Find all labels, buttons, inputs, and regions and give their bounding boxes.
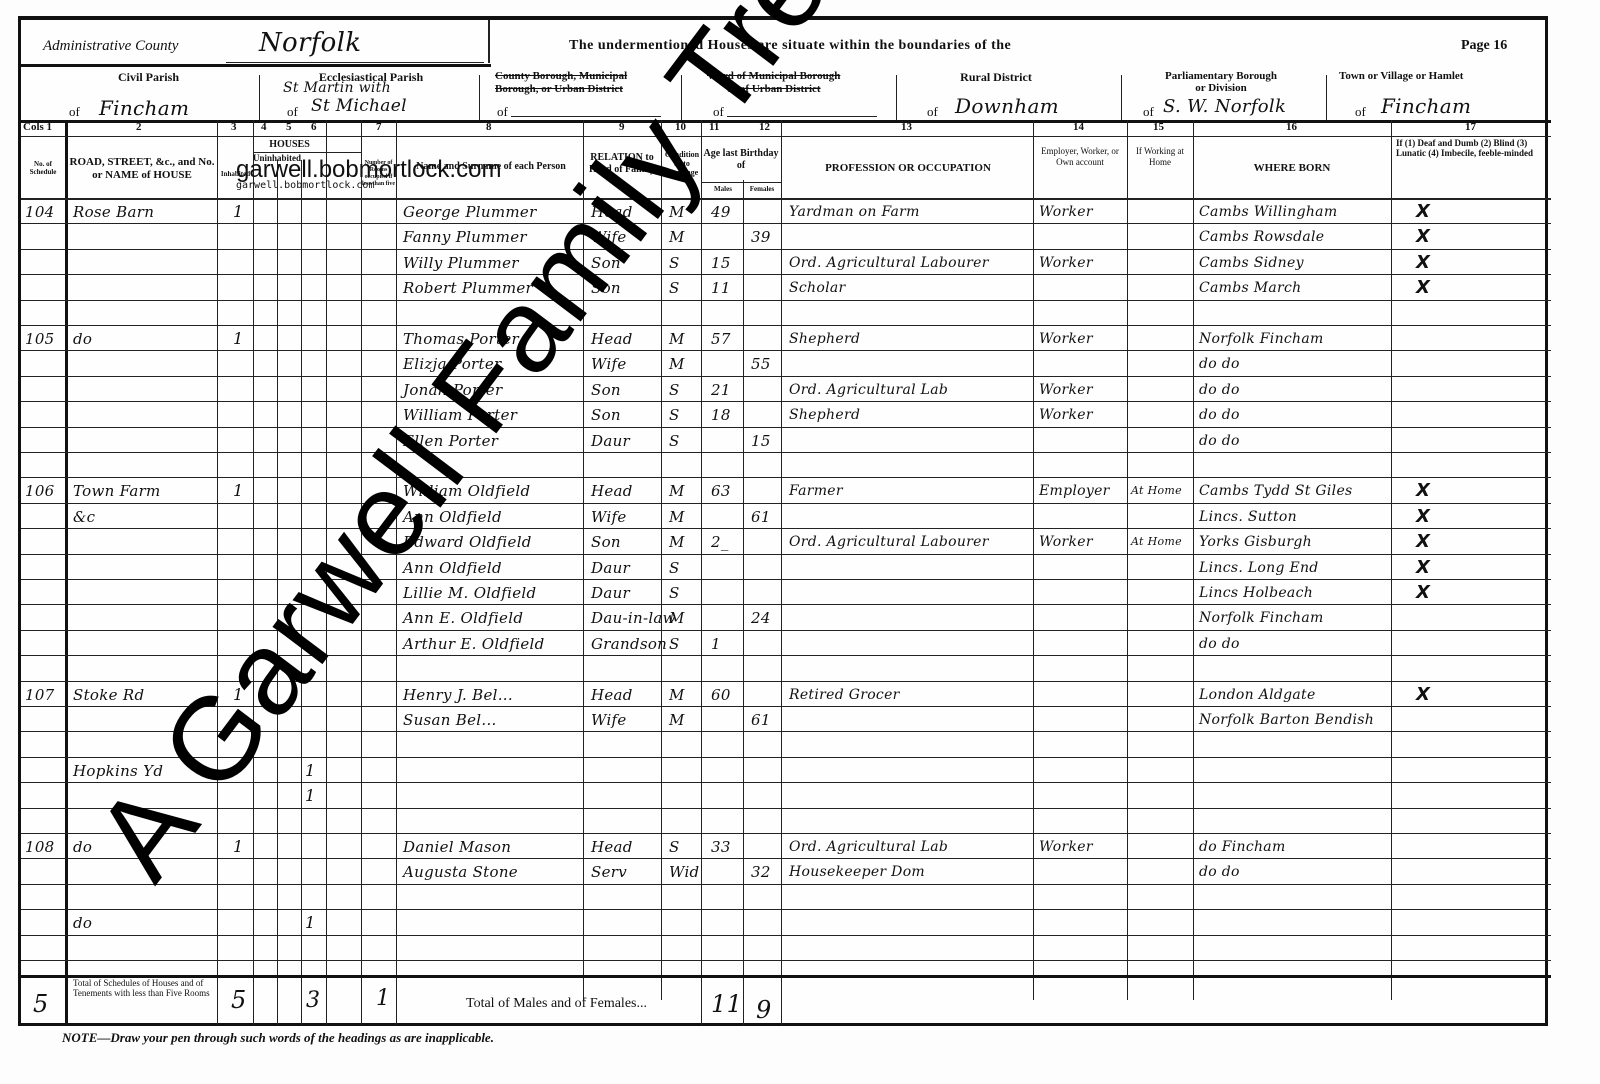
parl-value: S. W. Norfolk bbox=[1163, 96, 1286, 117]
row-divider bbox=[21, 376, 1551, 377]
cell-cond: M bbox=[669, 353, 685, 375]
cell-male: 63 bbox=[711, 480, 731, 502]
row-divider bbox=[21, 579, 1551, 580]
cell-uninhab: 1 bbox=[305, 760, 315, 782]
total-rooms: 1 bbox=[376, 986, 390, 1011]
col-divider bbox=[781, 120, 782, 1025]
cell-cond: M bbox=[669, 684, 685, 706]
cell-inf: X bbox=[1416, 557, 1430, 579]
cell-road: Stoke Rd bbox=[73, 684, 144, 706]
col-num: 16 bbox=[1286, 121, 1297, 133]
cell-name: George Plummer bbox=[403, 201, 537, 223]
cell-inf: X bbox=[1416, 226, 1430, 248]
row-divider bbox=[21, 503, 1551, 504]
row-divider bbox=[21, 452, 1551, 453]
cell-cond: S bbox=[669, 582, 680, 604]
col-divider bbox=[217, 120, 218, 1025]
cell-born: Cambs Willingham bbox=[1199, 201, 1337, 223]
cell-occ: Retired Grocer bbox=[789, 684, 900, 706]
cell-born: do do bbox=[1199, 404, 1240, 426]
row-divider bbox=[21, 477, 1551, 478]
row-divider bbox=[21, 274, 1551, 275]
cell-female: 61 bbox=[751, 709, 771, 731]
col-employer-header: Employer, Worker, or Own account bbox=[1035, 146, 1125, 168]
row-divider bbox=[21, 935, 1551, 936]
col-females-header: Females bbox=[743, 184, 781, 194]
cell-name: Arthur E. Oldfield bbox=[403, 633, 545, 655]
divider bbox=[21, 136, 1551, 137]
cell-emp: Worker bbox=[1039, 379, 1093, 401]
cell-name: Augusta Stone bbox=[403, 861, 518, 883]
civil-parish-label: Civil Parish bbox=[61, 70, 236, 85]
cell-male: 60 bbox=[711, 684, 731, 706]
cell-cond: S bbox=[669, 557, 680, 579]
col-num: 3 bbox=[231, 121, 237, 133]
col-divider bbox=[1193, 120, 1194, 1000]
cell-born: do do bbox=[1199, 633, 1240, 655]
cell-road: do bbox=[73, 836, 92, 858]
divider bbox=[488, 20, 490, 63]
cell-road: do bbox=[73, 328, 92, 350]
cell-relation: Wife bbox=[591, 353, 627, 375]
col-divider bbox=[1033, 120, 1034, 1000]
cell-cond: S bbox=[669, 379, 680, 401]
col-num: 17 bbox=[1465, 121, 1476, 133]
total-inhabited: 5 bbox=[231, 986, 247, 1014]
cell-born: Cambs March bbox=[1199, 277, 1301, 299]
cell-occ: Ord. Agricultural Labourer bbox=[789, 252, 989, 274]
cell-male: 21 bbox=[711, 379, 731, 401]
cell-born: Lincs. Long End bbox=[1199, 557, 1319, 579]
cell-road: &c bbox=[73, 506, 95, 528]
divider bbox=[21, 120, 1551, 123]
divider bbox=[896, 75, 897, 120]
row-divider bbox=[21, 808, 1551, 809]
cell-occ: Housekeeper Dom bbox=[789, 861, 925, 883]
total-females: 9 bbox=[756, 996, 772, 1024]
col-num: 8 bbox=[486, 121, 492, 133]
cell-cond: S bbox=[669, 633, 680, 655]
of-label: of bbox=[1143, 104, 1154, 120]
cell-emp: Worker bbox=[1039, 252, 1093, 274]
cell-emp: Worker bbox=[1039, 836, 1093, 858]
county-borough-label-2: Borough, or Urban District bbox=[495, 83, 623, 95]
cell-emp: Worker bbox=[1039, 328, 1093, 350]
cell-cond: M bbox=[669, 328, 685, 350]
row-divider bbox=[21, 350, 1551, 351]
col-divider bbox=[65, 120, 68, 1025]
cell-relation: Grandson bbox=[591, 633, 667, 655]
cell-inhab: 1 bbox=[233, 201, 243, 223]
cell-name: Susan Bel... bbox=[403, 709, 497, 731]
divider bbox=[479, 75, 480, 120]
cell-relation: Daur bbox=[591, 557, 630, 579]
cell-home: At Home bbox=[1131, 480, 1182, 502]
county-borough-label-1: County Borough, Municipal bbox=[495, 70, 627, 82]
cell-cond: M bbox=[669, 506, 685, 528]
cell-sched: 104 bbox=[25, 201, 55, 223]
of-label: of bbox=[927, 104, 938, 120]
row-divider bbox=[21, 300, 1551, 301]
cell-sched: 106 bbox=[25, 480, 55, 502]
eccl-parish-value-1: St Martin with bbox=[283, 80, 391, 96]
cell-name: Henry J. Bel... bbox=[403, 684, 513, 706]
cell-inf: X bbox=[1416, 582, 1430, 604]
cell-cond: S bbox=[669, 277, 680, 299]
cell-relation: Son bbox=[591, 379, 621, 401]
row-divider bbox=[21, 884, 1551, 885]
cell-inhab: 1 bbox=[233, 480, 243, 502]
divider bbox=[226, 62, 484, 63]
cell-male: 2_ bbox=[711, 531, 729, 553]
cell-male: 15 bbox=[711, 252, 731, 274]
cell-female: 39 bbox=[751, 226, 771, 248]
page-number: Page 16 bbox=[1461, 38, 1507, 54]
col-num: 6 bbox=[311, 121, 317, 133]
row-divider bbox=[21, 909, 1551, 910]
row-divider bbox=[21, 554, 1551, 555]
eccl-parish-value-2: St Michael bbox=[311, 96, 407, 116]
cell-occ: Ord. Agricultural Lab bbox=[789, 379, 948, 401]
cell-male: 49 bbox=[711, 201, 731, 223]
cell-relation: Daur bbox=[591, 430, 630, 452]
cell-inf: X bbox=[1416, 252, 1430, 274]
col-num: 4 bbox=[261, 121, 267, 133]
divider bbox=[1121, 75, 1122, 120]
row-divider bbox=[21, 249, 1551, 250]
cell-emp: Worker bbox=[1039, 531, 1093, 553]
cell-occ: Ord. Agricultural Lab bbox=[789, 836, 948, 858]
cell-born: Yorks Gisburgh bbox=[1199, 531, 1312, 553]
cell-inf: X bbox=[1416, 684, 1430, 706]
cell-inf: X bbox=[1416, 531, 1430, 553]
col-num: 7 bbox=[376, 121, 382, 133]
row-divider bbox=[21, 427, 1551, 428]
col-num: 13 bbox=[901, 121, 912, 133]
parl-label-1: Parliamentary Borough bbox=[1146, 70, 1296, 82]
cell-occ: Shepherd bbox=[789, 328, 860, 350]
cell-born: Norfolk Fincham bbox=[1199, 607, 1324, 629]
cell-sched: 107 bbox=[25, 684, 55, 706]
cell-road: do bbox=[73, 912, 92, 934]
col-schedule-header: No. of Schedule bbox=[22, 160, 64, 176]
cell-born: Cambs Rowsdale bbox=[1199, 226, 1324, 248]
watermark-url-small: garwell.bobmortlock.com bbox=[236, 180, 374, 191]
cell-inf: X bbox=[1416, 480, 1430, 502]
cell-born: Norfolk Fincham bbox=[1199, 328, 1324, 350]
cell-born: Lincs Holbeach bbox=[1199, 582, 1313, 604]
col-born-header: WHERE BORN bbox=[1195, 162, 1389, 175]
row-divider bbox=[21, 223, 1551, 224]
cell-cond: S bbox=[669, 430, 680, 452]
cell-inhab: 1 bbox=[233, 836, 243, 858]
admin-county-value: Norfolk bbox=[259, 28, 361, 58]
cell-male: 18 bbox=[711, 404, 731, 426]
row-divider bbox=[21, 528, 1551, 529]
col-num: Cols 1 bbox=[23, 121, 52, 133]
col-divider bbox=[701, 120, 702, 1025]
cell-occ: Scholar bbox=[789, 277, 846, 299]
cell-relation: Head bbox=[591, 684, 633, 706]
total-mf-label: Total of Males and of Females... bbox=[466, 996, 647, 1012]
divider bbox=[259, 75, 260, 120]
cell-female: 32 bbox=[751, 861, 771, 883]
cell-occ: Shepherd bbox=[789, 404, 860, 426]
cell-inhab: 1 bbox=[233, 328, 243, 350]
of-label: of bbox=[497, 104, 508, 120]
cell-emp: Worker bbox=[1039, 201, 1093, 223]
admin-county-label: Administrative County bbox=[43, 38, 178, 55]
col-num: 5 bbox=[286, 121, 292, 133]
cell-born: Lincs. Sutton bbox=[1199, 506, 1297, 528]
cell-male: 57 bbox=[711, 328, 731, 350]
page-note: NOTE—Draw your pen through such words of… bbox=[62, 1030, 494, 1046]
cell-born: London Aldgate bbox=[1199, 684, 1316, 706]
cell-relation: Dau-in-law bbox=[591, 607, 676, 629]
cell-born: Norfolk Barton Bendish bbox=[1199, 709, 1374, 731]
cell-relation: Head bbox=[591, 480, 633, 502]
cell-cond: M bbox=[669, 531, 685, 553]
cell-born: do do bbox=[1199, 353, 1240, 375]
cell-inf: X bbox=[1416, 506, 1430, 528]
col-houses-header: HOUSES bbox=[253, 138, 326, 151]
cell-cond: S bbox=[669, 836, 680, 858]
totals-label: Total of Schedules of Houses and of Tene… bbox=[73, 978, 215, 998]
cell-born: do do bbox=[1199, 861, 1240, 883]
of-label: of bbox=[1355, 104, 1366, 120]
total-males: 11 bbox=[711, 990, 742, 1018]
total-uninhabited: 3 bbox=[306, 988, 320, 1013]
cell-occ: Yardman on Farm bbox=[789, 201, 920, 223]
cell-inf: X bbox=[1416, 201, 1430, 223]
parl-label-2: or Division bbox=[1146, 82, 1296, 94]
cell-born: do Fincham bbox=[1199, 836, 1286, 858]
col-num: 15 bbox=[1153, 121, 1164, 133]
col-divider bbox=[1391, 120, 1392, 1000]
cell-road: Town Farm bbox=[73, 480, 161, 502]
cell-male: 11 bbox=[711, 277, 731, 299]
total-schedules: 5 bbox=[33, 990, 49, 1018]
col-num: 2 bbox=[136, 121, 142, 133]
row-divider bbox=[21, 833, 1551, 834]
cell-cond: S bbox=[669, 404, 680, 426]
cell-relation: Wife bbox=[591, 506, 627, 528]
cell-cond: M bbox=[669, 480, 685, 502]
row-divider bbox=[21, 401, 1551, 402]
of-label: of bbox=[287, 104, 298, 120]
cell-road: Rose Barn bbox=[73, 201, 154, 223]
cell-born: do do bbox=[1199, 379, 1240, 401]
town-label: Town or Village or Hamlet bbox=[1339, 70, 1463, 82]
cell-name: Ann E. Oldfield bbox=[403, 607, 523, 629]
cell-relation: Serv bbox=[591, 861, 627, 883]
cell-female: 24 bbox=[751, 607, 771, 629]
cell-sched: 108 bbox=[25, 836, 55, 858]
col-occupation-header: PROFESSION OR OCCUPATION bbox=[783, 162, 1033, 175]
divider bbox=[21, 975, 1551, 978]
cell-uninhab: 1 bbox=[305, 785, 315, 807]
cell-name: Daniel Mason bbox=[403, 836, 511, 858]
cell-female: 55 bbox=[751, 353, 771, 375]
cell-born: Cambs Tydd St Giles bbox=[1199, 480, 1353, 502]
cell-born: Cambs Sidney bbox=[1199, 252, 1304, 274]
cell-name: Lillie M. Oldfield bbox=[403, 582, 536, 604]
cell-home: At Home bbox=[1131, 531, 1182, 553]
cell-relation: Daur bbox=[591, 582, 630, 604]
civil-parish-value: Fincham bbox=[99, 96, 189, 120]
cell-occ: Farmer bbox=[789, 480, 843, 502]
divider bbox=[21, 198, 1551, 200]
divider bbox=[21, 64, 491, 67]
col-divider bbox=[743, 180, 744, 1025]
col-at-home-header: If Working at Home bbox=[1129, 146, 1191, 168]
cell-sched: 105 bbox=[25, 328, 55, 350]
col-divider bbox=[1127, 120, 1128, 1000]
cell-born: do do bbox=[1199, 430, 1240, 452]
cell-occ: Ord. Agricultural Labourer bbox=[789, 531, 989, 553]
cell-male: 1 bbox=[711, 633, 721, 655]
cell-cond: M bbox=[669, 709, 685, 731]
cell-relation: Head bbox=[591, 836, 633, 858]
cell-cond: S bbox=[669, 252, 680, 274]
of-label: of bbox=[69, 104, 80, 120]
cell-cond: Wid bbox=[669, 861, 699, 883]
cell-inf: X bbox=[1416, 277, 1430, 299]
cell-female: 61 bbox=[751, 506, 771, 528]
row-divider bbox=[21, 325, 1551, 326]
cell-male: 33 bbox=[711, 836, 731, 858]
cell-relation: Son bbox=[591, 531, 621, 553]
rural-district-label: Rural District bbox=[911, 70, 1081, 85]
cell-emp: Worker bbox=[1039, 404, 1093, 426]
cell-emp: Employer bbox=[1039, 480, 1110, 502]
col-divider bbox=[253, 120, 254, 1025]
rural-district-value: Downham bbox=[955, 94, 1059, 118]
row-divider bbox=[21, 858, 1551, 859]
col-road-header: ROAD, STREET, &c., and No. or NAME of HO… bbox=[69, 156, 215, 182]
row-divider bbox=[21, 960, 1551, 961]
cell-cond: M bbox=[669, 607, 685, 629]
cell-uninhab: 1 bbox=[305, 912, 315, 934]
col-infirmity-header: If (1) Deaf and Dumb (2) Blind (3) Lunat… bbox=[1396, 138, 1546, 158]
cell-female: 15 bbox=[751, 430, 771, 452]
town-value: Fincham bbox=[1381, 94, 1471, 118]
divider bbox=[1326, 75, 1327, 120]
cell-relation: Son bbox=[591, 404, 621, 426]
col-num: 14 bbox=[1073, 121, 1084, 133]
cell-relation: Wife bbox=[591, 709, 627, 731]
